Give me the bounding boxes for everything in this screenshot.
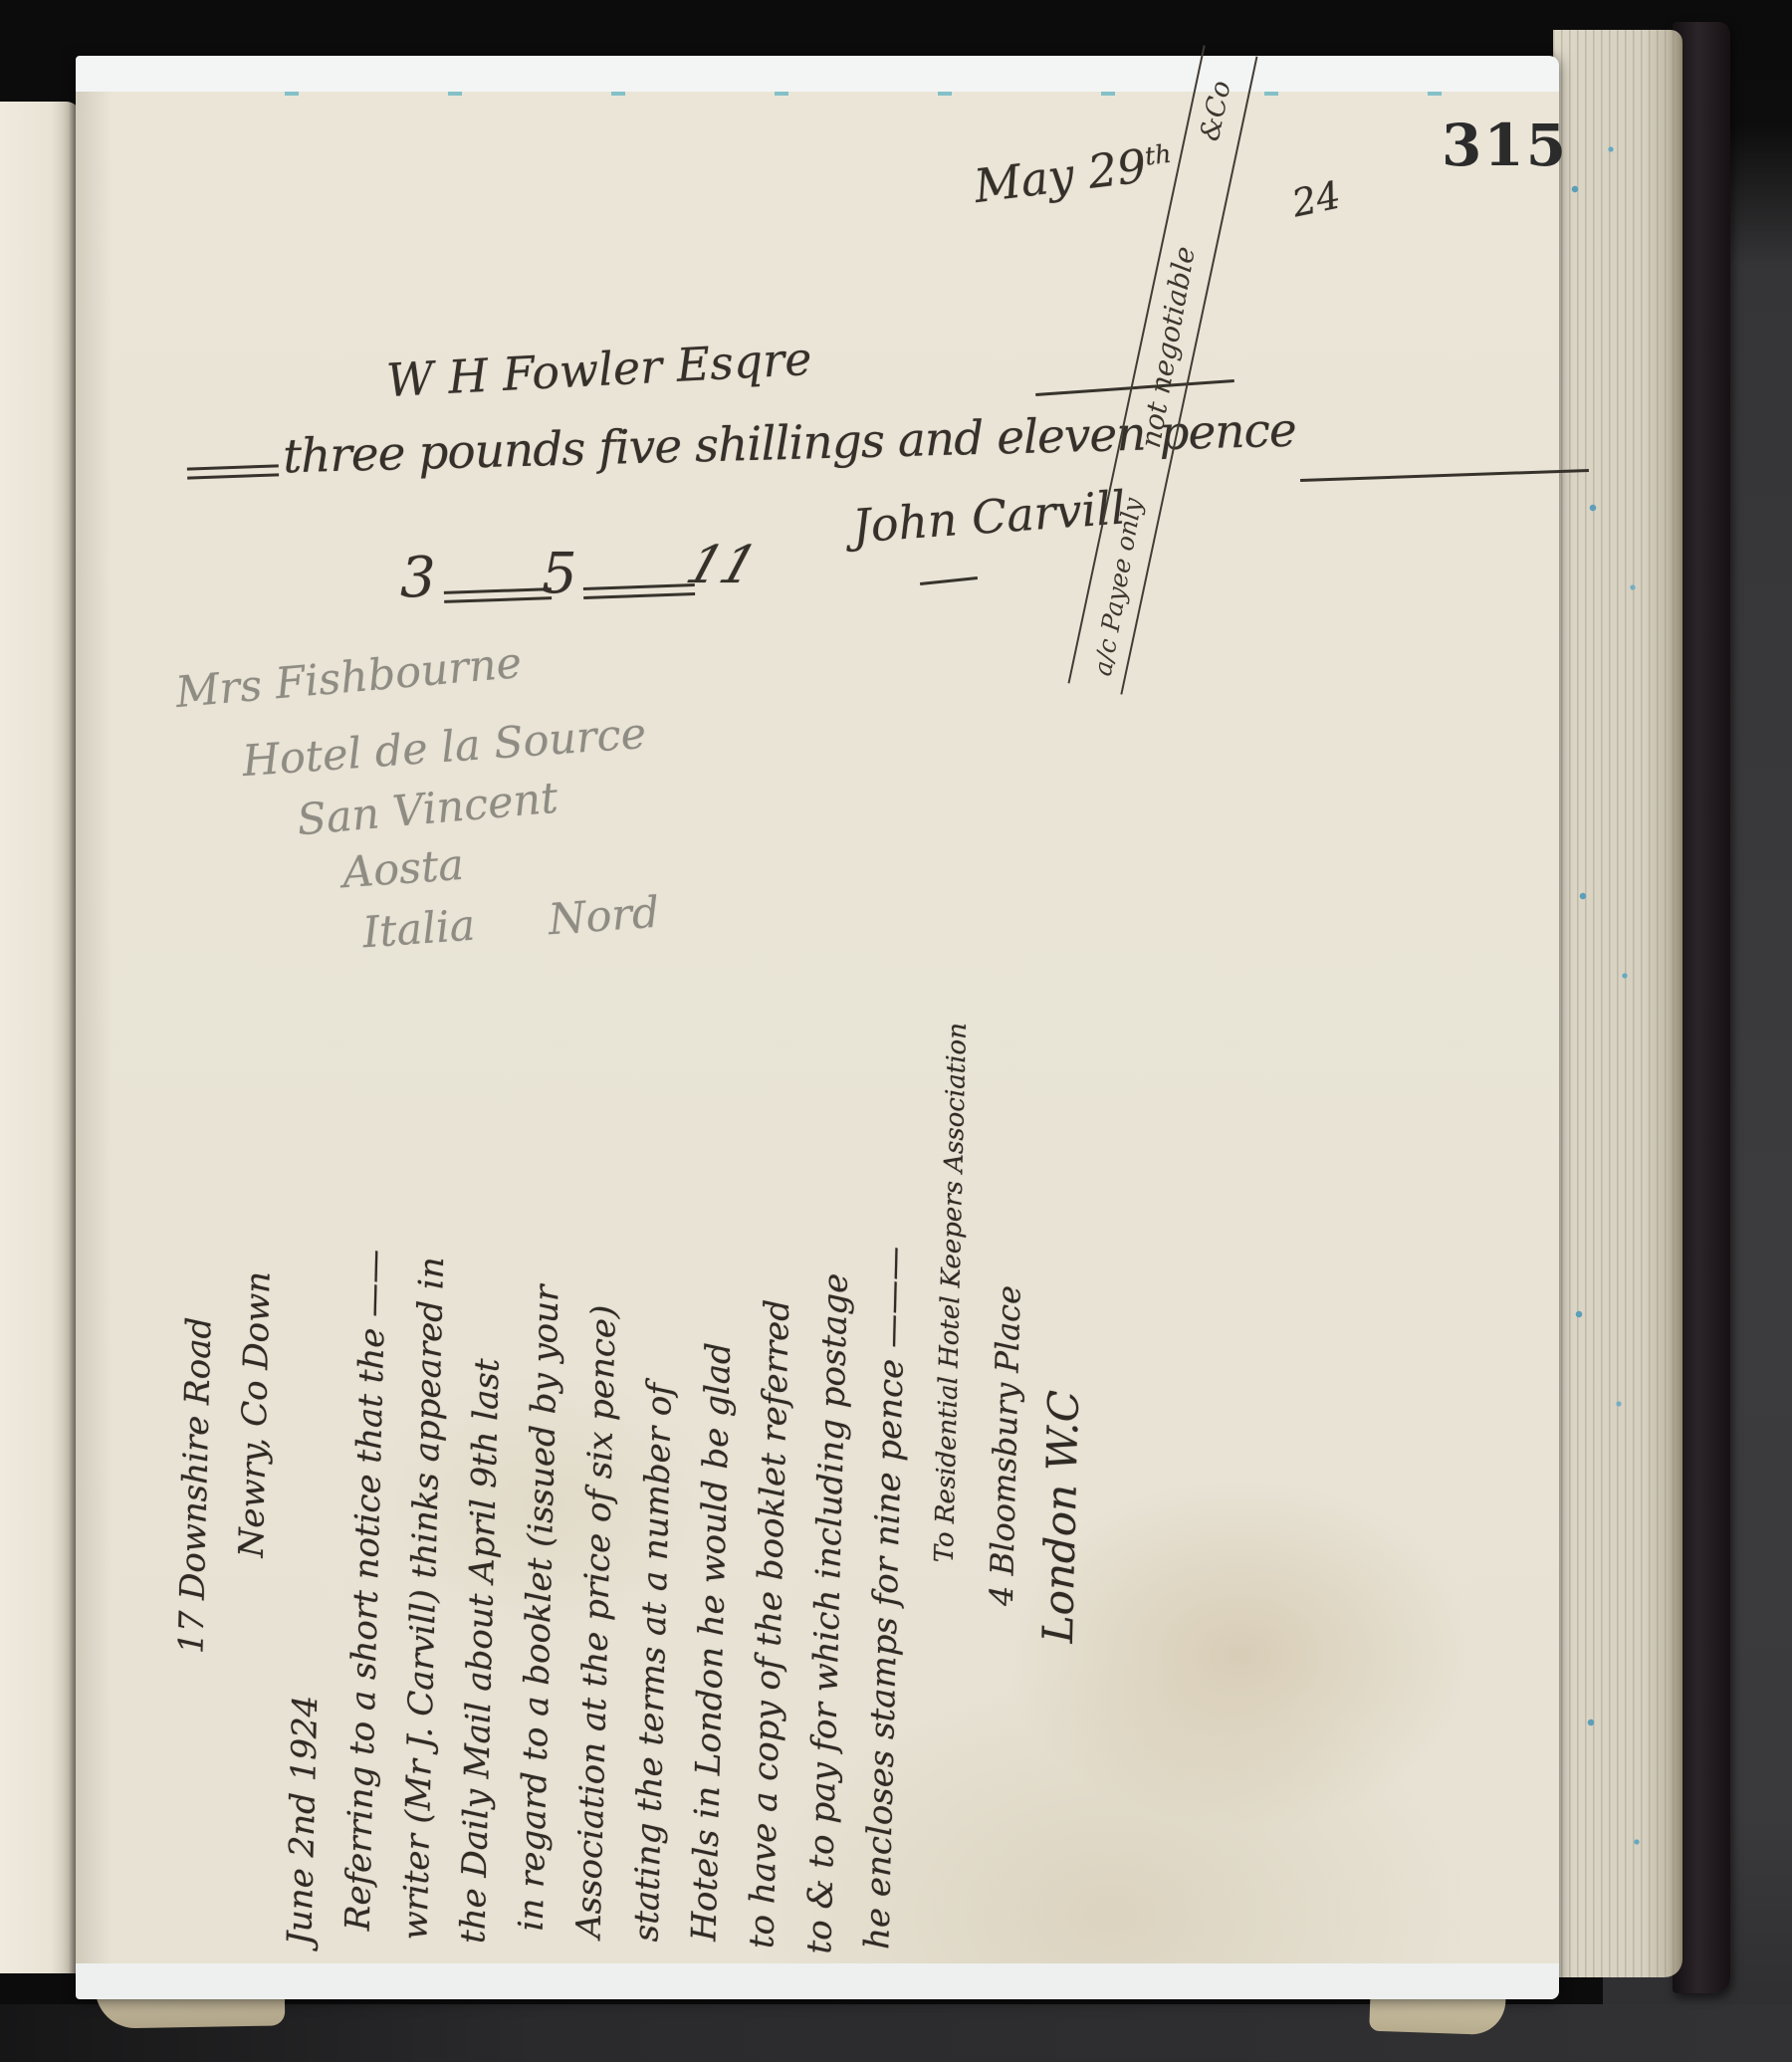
book-photo: 315 May 29th 24 W H Fowler Esqre three p… <box>0 0 1792 2062</box>
pencil-address-region: Nord <box>547 888 661 946</box>
page-number: 315 <box>1442 112 1568 179</box>
figures-pounds: 3 <box>400 546 436 610</box>
figures-shillings: 5 <box>542 542 577 606</box>
crossing-and-co: &Co <box>1195 78 1237 143</box>
page-stack-edge <box>1553 30 1682 1977</box>
pencil-address-city: Italia <box>361 901 477 959</box>
letter-rotated-block: 17 Downshire Road Newry, Co Down June 2n… <box>149 1075 1132 1974</box>
left-page-edge <box>0 102 82 1973</box>
pencil-address-line-4: Aosta <box>340 840 465 898</box>
main-page: 315 May 29th 24 W H Fowler Esqre three p… <box>76 56 1559 1999</box>
entry-date-suffix: th <box>1143 139 1173 171</box>
